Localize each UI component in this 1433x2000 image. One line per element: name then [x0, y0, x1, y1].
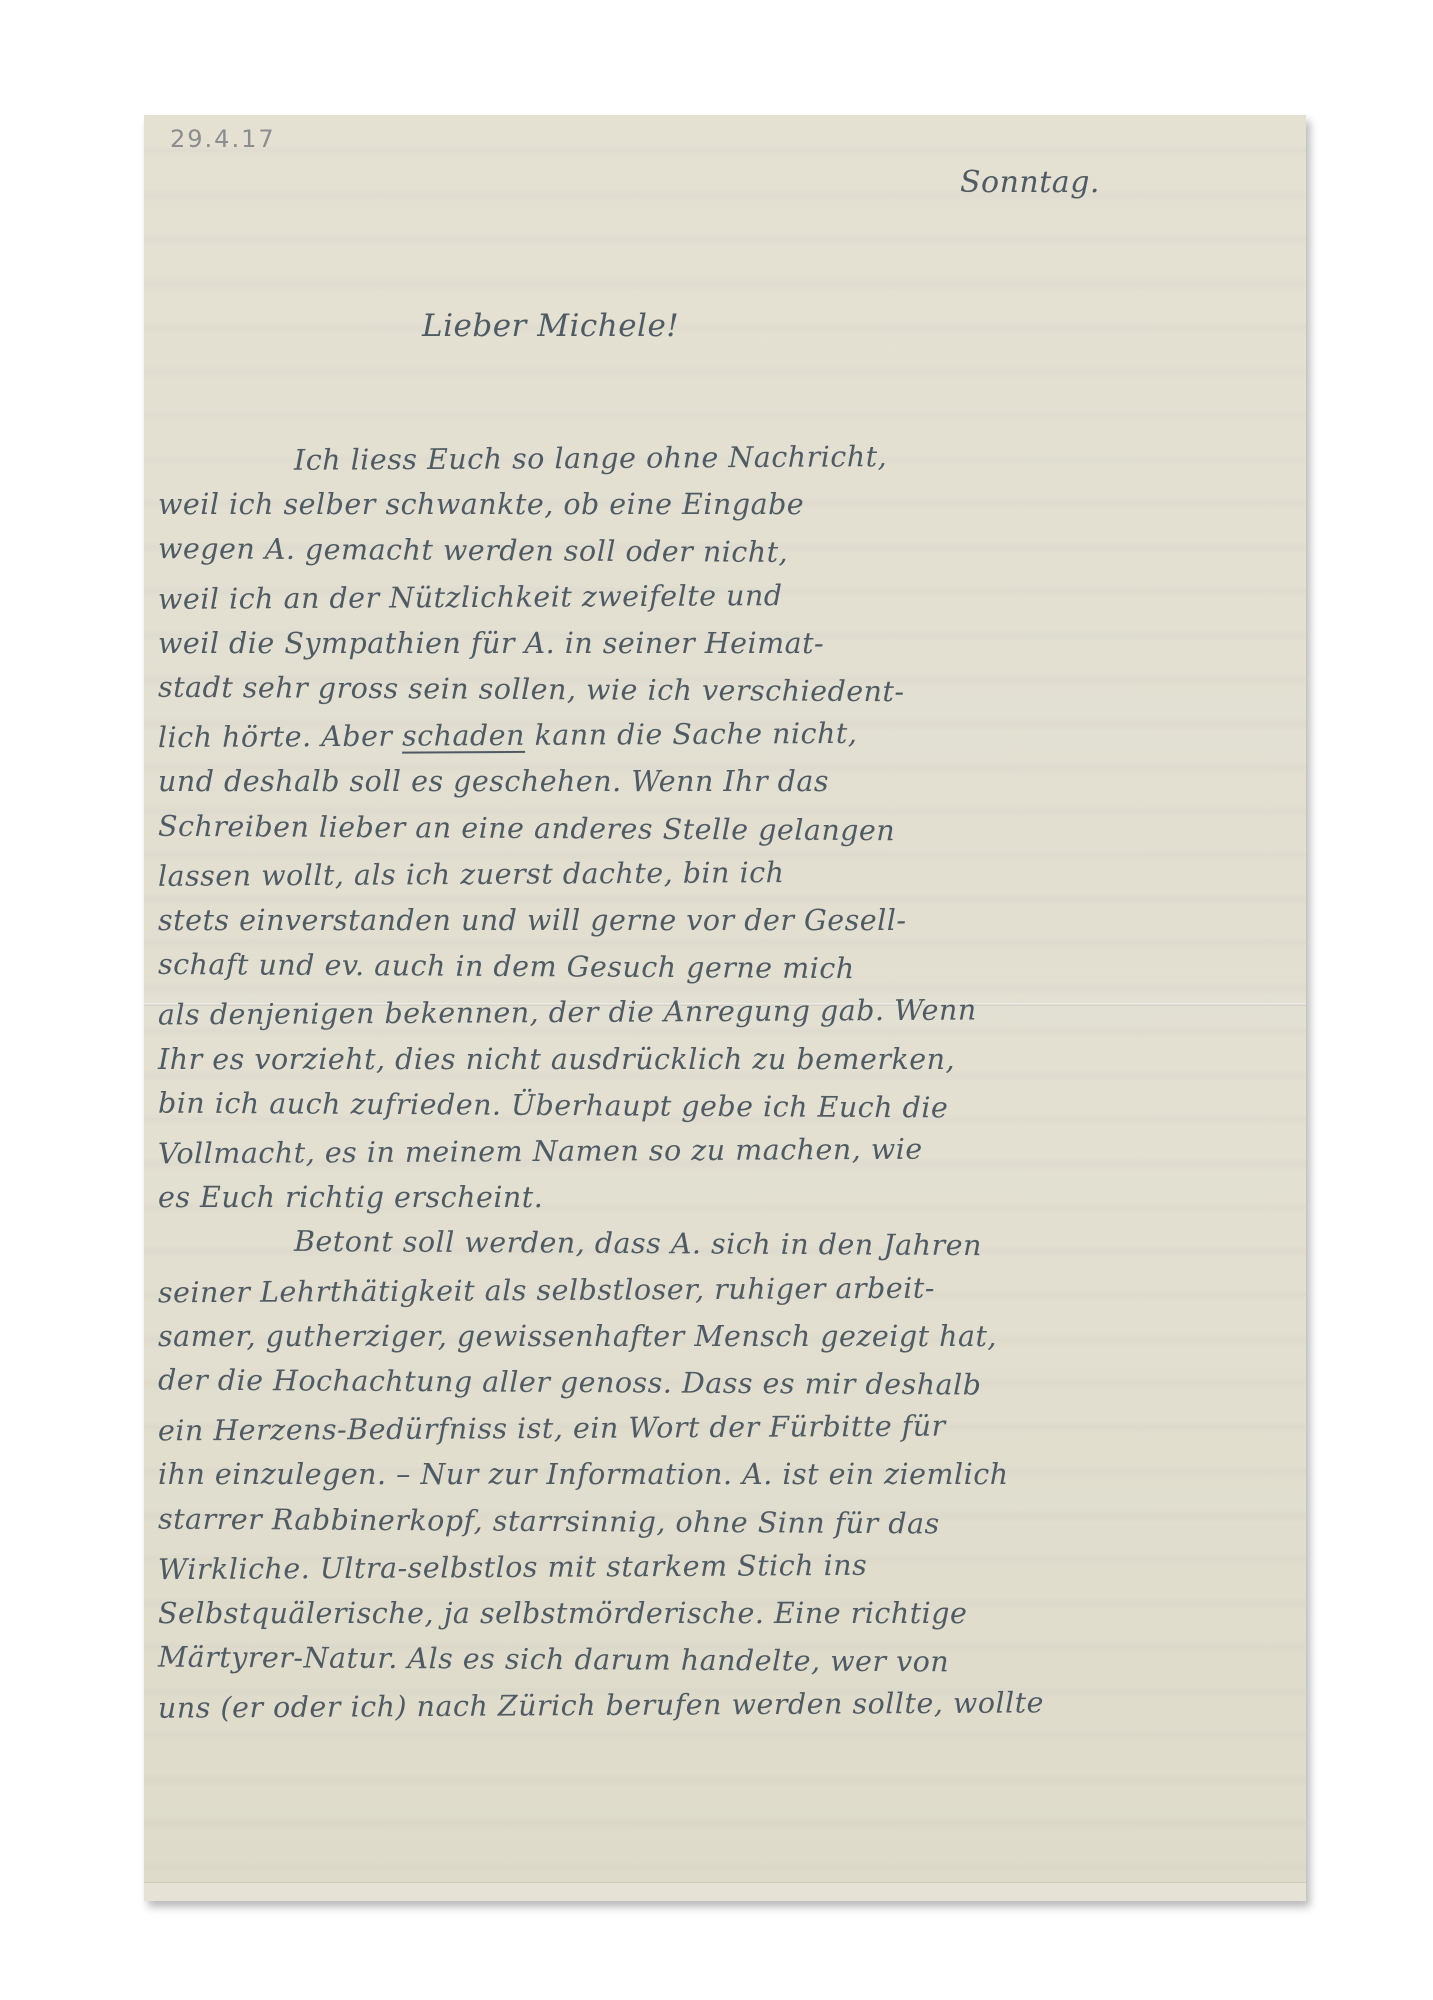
letter-line: Ich liess Euch so lange ohne Nachricht,: [294, 443, 887, 475]
day-heading: Sonntag.: [960, 165, 1100, 200]
letter-line: als denjenigen bekennen, der die Anregun…: [158, 997, 977, 1031]
underlined-emphasis: schaden: [402, 719, 525, 753]
letter-line: lich hörte. Aber schaden kann die Sache …: [158, 720, 858, 753]
letter-line: es Euch richtig erscheint.: [158, 1184, 543, 1213]
letter-line: stadt sehr gross sein sollen, wie ich ve…: [158, 674, 905, 707]
page-bottom-edge: [144, 1882, 1306, 1901]
letter-line: lassen wollt, als ich zuerst dachte, bin…: [158, 859, 785, 891]
letter-line: Selbstquälerische, ja selbstmörderische.…: [158, 1600, 967, 1629]
letter-line: bin ich auch zufrieden. Überhaupt gebe i…: [158, 1089, 949, 1122]
letter-line: schaft und ev. auch in dem Gesuch gerne …: [158, 951, 855, 984]
letter-line: Wirkliche. Ultra-selbstlos mit starkem S…: [158, 1552, 867, 1585]
letter-line: weil ich an der Nützlichkeit zweifelte u…: [158, 582, 783, 614]
letter-line: weil ich selber schwankte, ob eine Einga…: [158, 491, 804, 520]
letter-line: der die Hochachtung aller genoss. Dass e…: [158, 1366, 982, 1400]
letter-line: Ihr es vorzieht, dies nicht ausdrücklich…: [158, 1046, 955, 1075]
archival-date-note: 29.4.17: [170, 125, 276, 153]
letter-line: uns (er oder ich) nach Zürich berufen we…: [158, 1690, 1044, 1724]
letter-line: seiner Lehrthätigkeit als selbstloser, r…: [158, 1274, 935, 1307]
letter-line: ihn einzulegen. – Nur zur Information. A…: [158, 1461, 1009, 1490]
letter-line: weil die Sympathien für A. in seiner Hei…: [158, 630, 824, 659]
letter-line: stets einverstanden und will gerne vor d…: [158, 907, 907, 936]
letter-line: Vollmacht, es in meinem Namen so zu mach…: [158, 1136, 923, 1169]
letter-line: und deshalb soll es geschehen. Wenn Ihr …: [158, 768, 829, 797]
letter-page: 29.4.17 Sonntag. Lieber Michele! Ich lie…: [144, 115, 1306, 1901]
greeting: Lieber Michele!: [422, 308, 679, 344]
letter-line: wegen A. gemacht werden soll oder nicht,: [158, 535, 788, 567]
letter-line: samer, gutherziger, gewissenhafter Mensc…: [158, 1323, 997, 1352]
letter-line: starrer Rabbinerkopf, starrsinnig, ohne …: [158, 1505, 940, 1538]
letter-line: Schreiben lieber an eine anderes Stelle …: [158, 812, 895, 845]
letter-line: ein Herzens-Bedürfniss ist, ein Wort der…: [158, 1413, 946, 1446]
letter-line: Betont soll werden, dass A. sich in den …: [294, 1228, 982, 1261]
letter-line: Märtyrer-Natur. Als es sich darum handel…: [158, 1644, 949, 1677]
